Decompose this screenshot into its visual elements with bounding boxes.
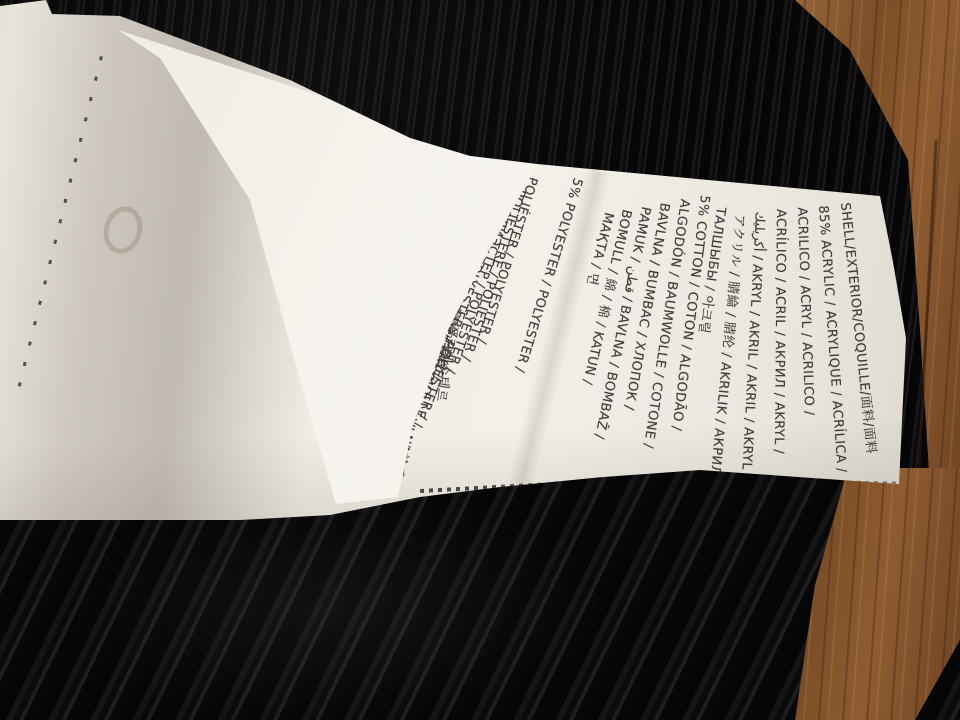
photo-of-care-label: SHELL/EXTERIOR/COQUILLE/面料/面料 85% ACRYLI… (0, 0, 960, 720)
label-line-acrylic: ACRÍLICO / ACRIL / АКРИЛ / AKRYL / (772, 209, 787, 454)
